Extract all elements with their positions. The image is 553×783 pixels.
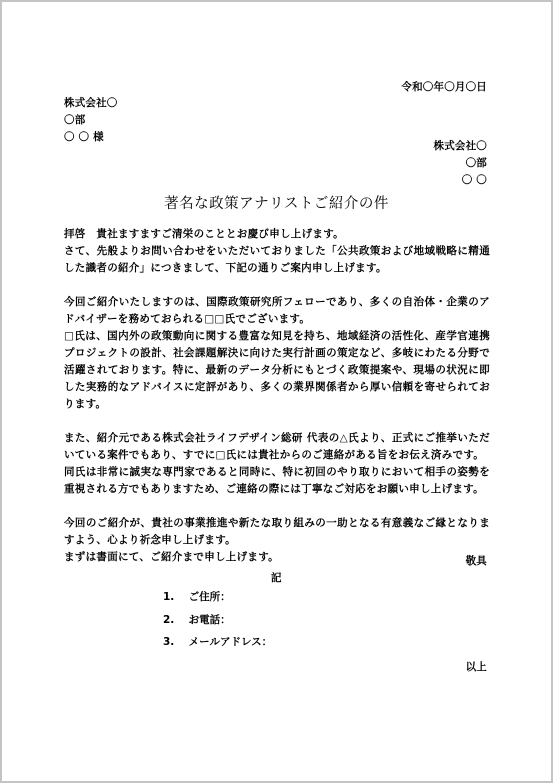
paragraph-inquiry: さて、先般よりお問い合わせをいただいておりました「公共政策および地域戦略に精通し…: [64, 243, 490, 277]
record-heading: 記: [271, 571, 282, 585]
document-title: 著名な政策アナリストご紹介の件: [0, 192, 553, 213]
sender-company: 株式会社〇: [434, 139, 488, 153]
opening-greeting: 拝啓 貴社ますますご清栄のこととお慶び申し上げます。: [64, 226, 490, 243]
sender-department: 〇部: [466, 156, 487, 170]
paragraph-referral: また、紹介元である株式会社ライフデザイン総研 代表の△氏より、正式にご推挙いただ…: [64, 430, 490, 464]
paragraph-conclusion: まずは書面にて、ご紹介まで申し上げます。: [64, 549, 490, 566]
record-end: 以上: [466, 660, 487, 674]
date: 令和〇年〇月〇日: [401, 80, 487, 94]
recipient-company: 株式会社〇: [64, 96, 118, 110]
item-label: ご住所：: [189, 591, 231, 603]
sender-name: 〇 〇: [462, 173, 487, 187]
item-label: お電話：: [189, 614, 231, 626]
paragraph-wishes: 今回のご紹介が、貴社の事業推進や新たな取り組みの一助となる有意義なご縁となります…: [64, 515, 490, 549]
letter-body: 拝啓 貴社ますますご清栄のこととお慶び申し上げます。 さて、先般よりお問い合わせ…: [64, 226, 490, 566]
paragraph-expertise: □氏は、国内外の政策動向に関する豊富な知見を持ち、地域経済の活性化、産学官連携プ…: [64, 328, 490, 413]
item-number: 2.: [163, 614, 185, 626]
item-number: 3.: [163, 636, 185, 648]
paragraph-request: 同氏は非常に誠実な専門家であると同時に、特に初回のやり取りにおいて相手の姿勢を重…: [64, 464, 490, 498]
record-item-address: 1. ご住所：: [163, 589, 231, 604]
recipient-department: 〇部: [64, 113, 85, 127]
record-item-email: 3. メールアドレス：: [163, 634, 272, 649]
item-label: メールアドレス：: [189, 636, 272, 648]
record-item-phone: 2. お電話：: [163, 612, 231, 627]
recipient-name: 〇 〇 様: [64, 130, 104, 144]
item-number: 1.: [163, 591, 185, 603]
closing-keigu: 敬具: [466, 554, 487, 568]
paragraph-introduction: 今回ご紹介いたしますのは、国際政策研究所フェローであり、多くの自治体・企業のアド…: [64, 294, 490, 328]
